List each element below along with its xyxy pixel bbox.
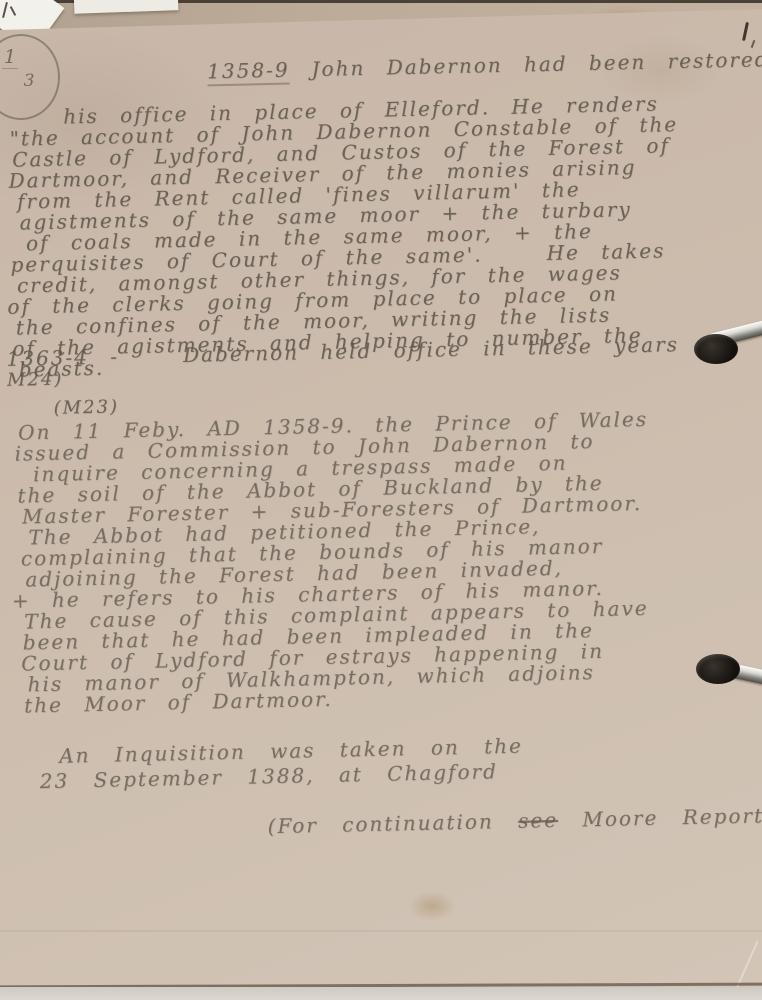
manuscript-scan: 1 3 1358-9John Dabernon had been restore…: [0, 0, 762, 1000]
struck-word: see: [518, 808, 558, 833]
entry-commission: On 11 Feby. AD 1358-9. the Prince of Wal…: [8, 406, 762, 717]
binder-hole: [696, 654, 740, 684]
handwriting-text: (For continuation: [267, 809, 518, 838]
entry-inquisition: An Inquisition was taken on the 23 Septe…: [15, 728, 762, 870]
handwritten-text: 1358-9John Dabernon had been restored to…: [0, 0, 762, 988]
handwriting-text: Moore Report p.29: [558, 802, 762, 832]
binder-hole: [694, 334, 738, 364]
entry-1358: 1358-9John Dabernon had been restored to…: [0, 28, 762, 381]
handwriting-text: John Dabernon had been restored to: [311, 46, 762, 81]
surface-below-page: [0, 987, 762, 1000]
handwriting-line: (For continuation see Moore Report p.29: [72, 778, 762, 868]
entry-date: 1358-9: [207, 58, 290, 87]
